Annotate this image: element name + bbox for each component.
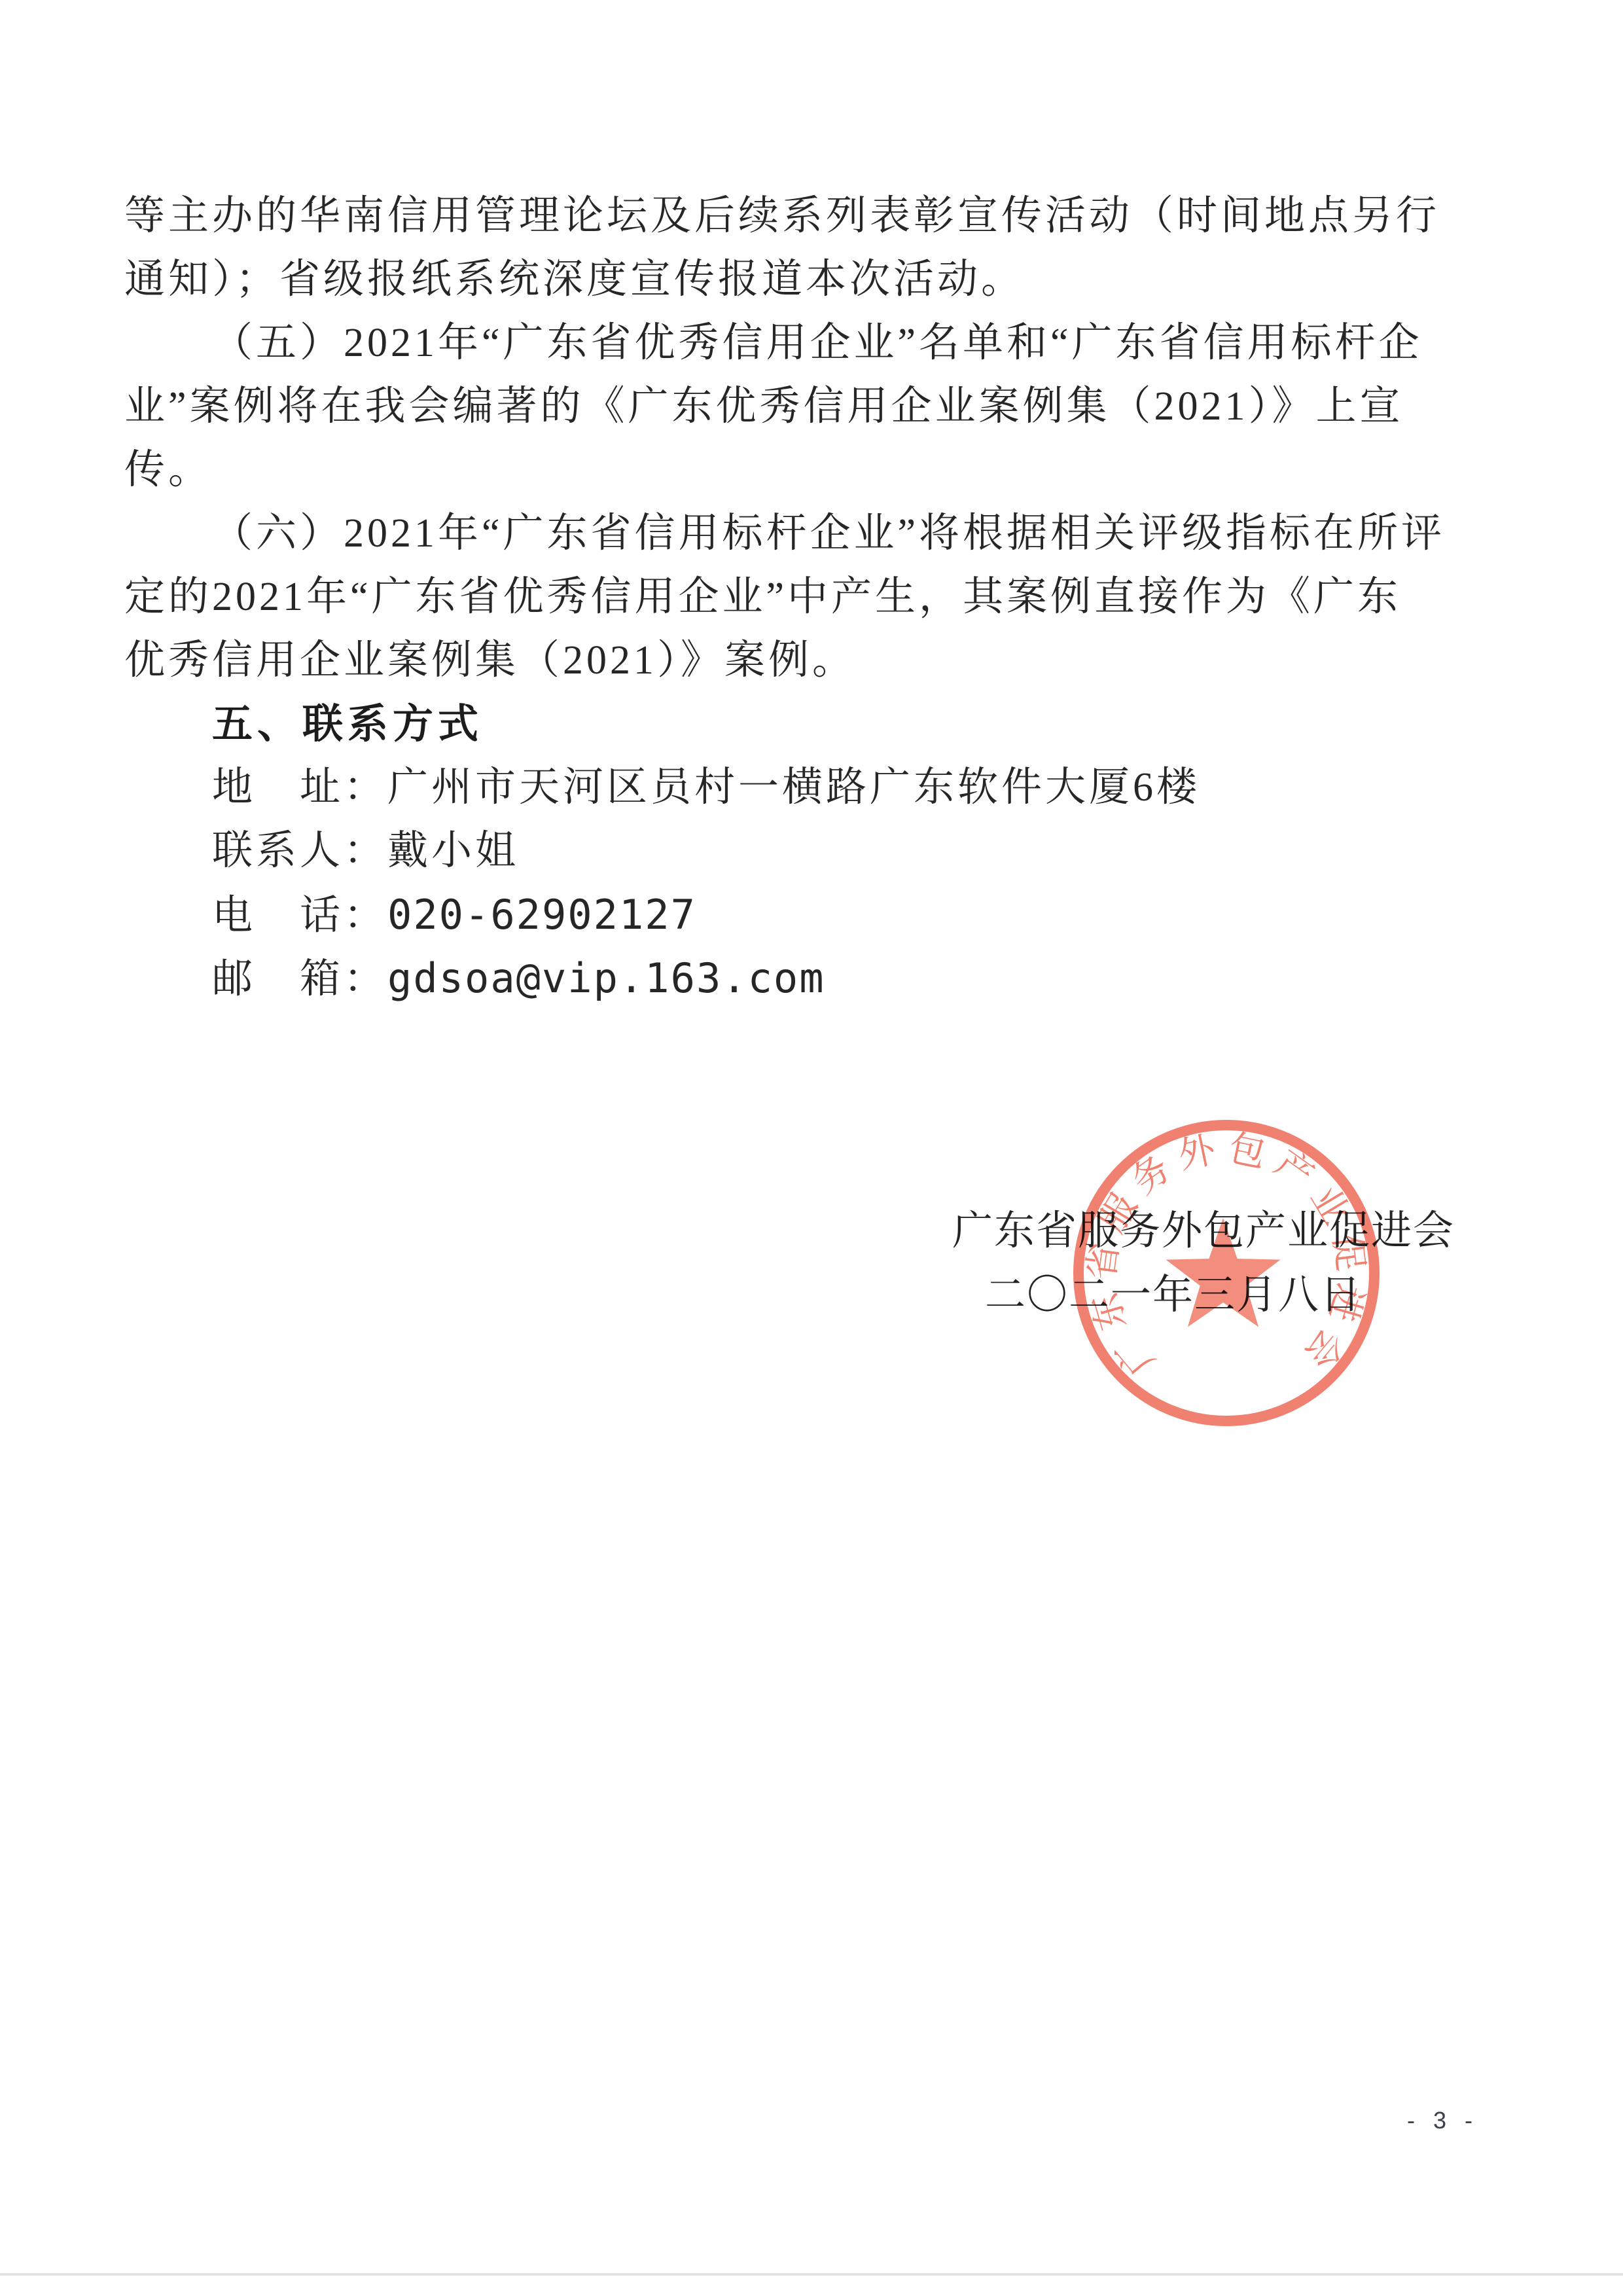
text-segment: 戴小姐 [387, 829, 519, 873]
text-segment: 传。 [124, 448, 212, 492]
text-segment: （五）2021年“广东省优秀信用企业”名单和“广东省信用标杆企 [212, 321, 1423, 365]
text-segment: 020-62902127 [387, 891, 696, 939]
text-line: 地 址：广州市天河区员村一横路广东软件大厦6楼 [124, 756, 1505, 819]
text-segment: 优秀信用企业案例集（2021）》案例。 [124, 638, 856, 683]
text-segment: gdsoa@vip.163.com [387, 954, 825, 1002]
text-line: 业”案例将在我会编著的《广东优秀信用企业案例集（2021）》上宣 [124, 375, 1505, 439]
text-line: 联系人：戴小姐 [124, 819, 1505, 883]
text-line: 传。 [124, 439, 1505, 502]
text-segment: 通知）；省级报纸系统深度宣传报道本次活动。 [124, 257, 1025, 302]
text-line: 电 话：020-62902127 [124, 883, 1505, 946]
text-segment: 地 址： [212, 765, 387, 810]
text-segment: 联系人： [212, 829, 387, 873]
text-segment: 广州市天河区员村一横路广东软件大厦6楼 [387, 765, 1200, 810]
document-page: 等主办的华南信用管理论坛及后续系列表彰宣传活动（时间地点另行通知）；省级报纸系统… [0, 0, 1623, 2296]
text-line: 等主办的华南信用管理论坛及后续系列表彰宣传活动（时间地点另行 [124, 185, 1505, 248]
page-number: - 3 - [1407, 2108, 1478, 2134]
text-segment: （六）2021年“广东省信用标杆企业”将根据相关评级指标在所评 [212, 511, 1445, 556]
text-line: （五）2021年“广东省优秀信用企业”名单和“广东省信用标杆企 [124, 312, 1505, 375]
text-line: 通知）；省级报纸系统深度宣传报道本次活动。 [124, 248, 1505, 312]
text-line: （六）2021年“广东省信用标杆企业”将根据相关评级指标在所评 [124, 502, 1505, 565]
text-segment: 定的2021年“广东省优秀信用企业”中产生，其案例直接作为《广东 [124, 575, 1401, 619]
text-line: 定的2021年“广东省优秀信用企业”中产生，其案例直接作为《广东 [124, 565, 1505, 629]
text-segment: 电 话： [212, 893, 387, 938]
section-heading: 五、联系方式 [124, 692, 1505, 756]
text-segment: 邮 箱： [212, 957, 387, 1001]
official-seal: 广东省服务外包产业促进会 [1073, 1119, 1380, 1427]
text-segment: 等主办的华南信用管理论坛及后续系列表彰宣传活动（时间地点另行 [124, 194, 1440, 238]
star-icon [1166, 1218, 1281, 1327]
scan-edge-line [0, 2273, 1623, 2276]
text-segment: 五、联系方式 [212, 702, 483, 747]
text-segment: 业”案例将在我会编著的《广东优秀信用企业案例集（2021）》上宣 [124, 384, 1404, 429]
document-body: 等主办的华南信用管理论坛及后续系列表彰宣传活动（时间地点另行通知）；省级报纸系统… [124, 185, 1505, 1010]
text-line: 优秀信用企业案例集（2021）》案例。 [124, 629, 1505, 692]
text-line: 邮 箱：gdsoa@vip.163.com [124, 946, 1505, 1010]
